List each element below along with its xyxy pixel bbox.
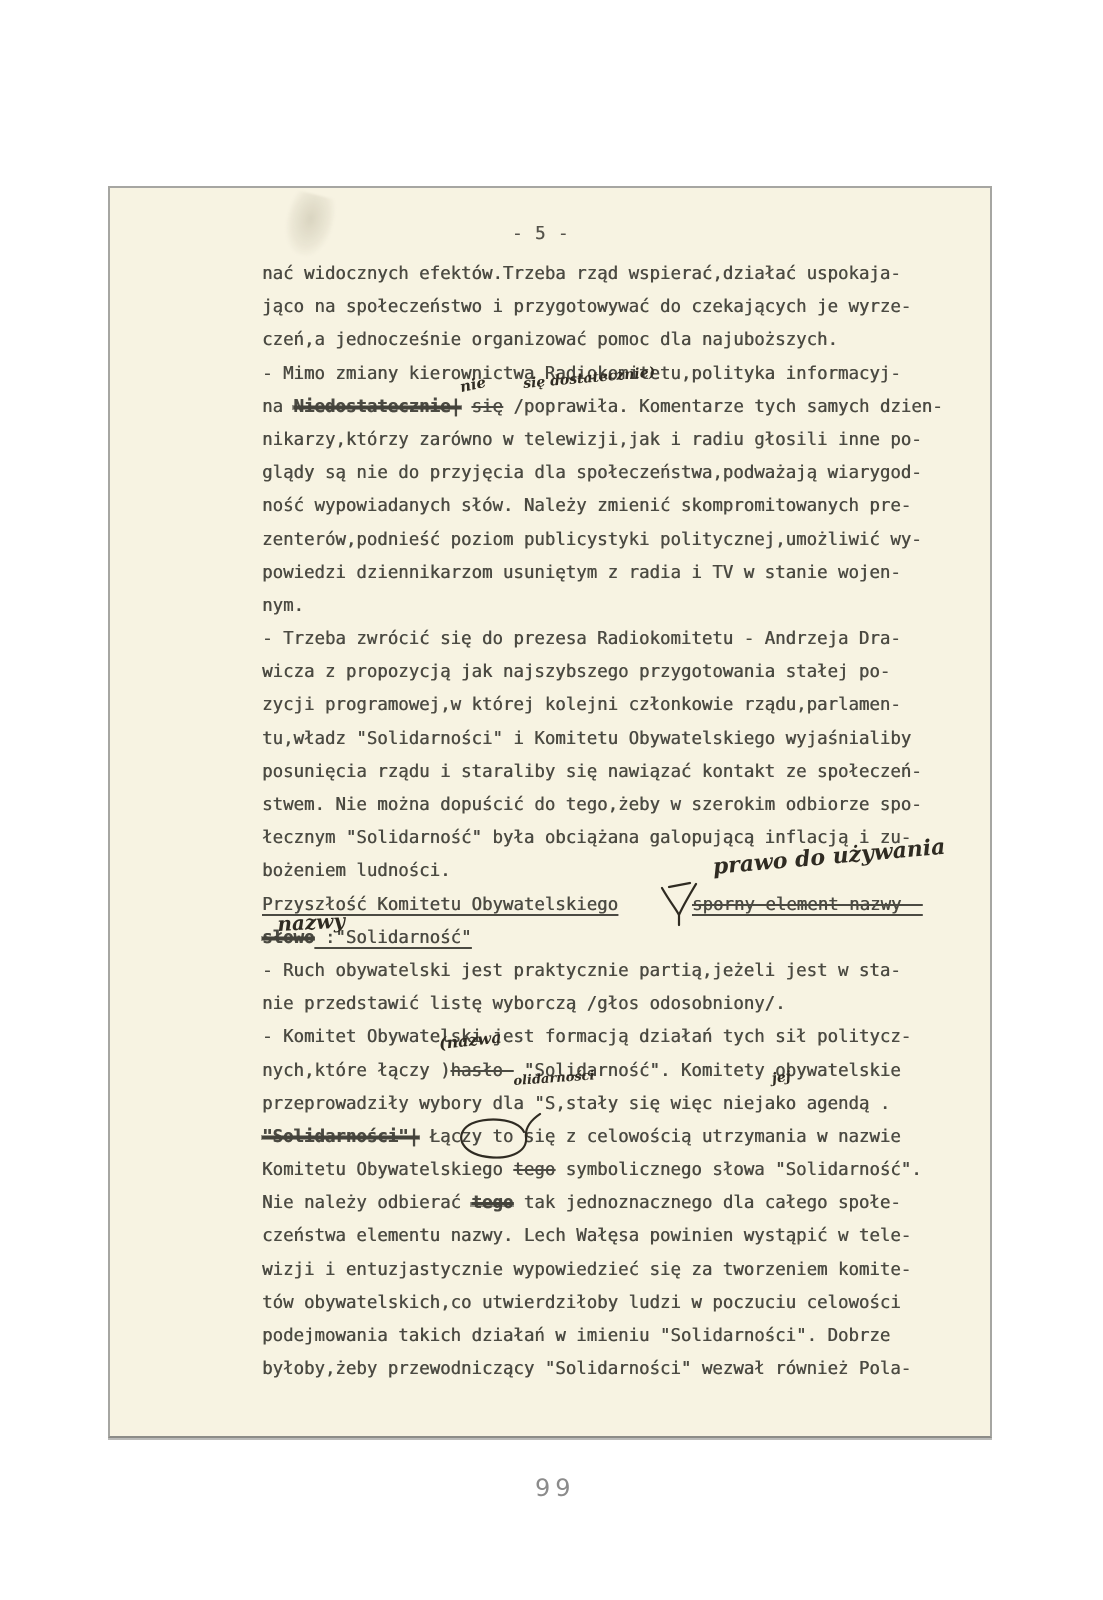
handwritten-annotation: nazwy <box>277 908 346 936</box>
handwritten-annotation: olidarności <box>513 1068 595 1089</box>
handwritten-annotation: się dostatecznie) <box>523 365 656 392</box>
page-sheet: - 5 - nać widocznych efektów.Trzeba rząd… <box>108 186 992 1438</box>
page-number-bottom: 99 <box>535 1474 576 1502</box>
handwritten-annotation: jej <box>771 1069 792 1087</box>
caret-insertion-mark <box>657 880 701 926</box>
handwritten-annotation: (nazwa <box>438 1028 502 1053</box>
handwritten-annotation: prawo do używania <box>712 834 947 880</box>
handwritten-annotations-layer: niesię dostatecznie)prawo do używanianaz… <box>110 188 990 1436</box>
handwritten-annotation: nie <box>458 373 487 396</box>
transposition-mark <box>452 1112 548 1166</box>
